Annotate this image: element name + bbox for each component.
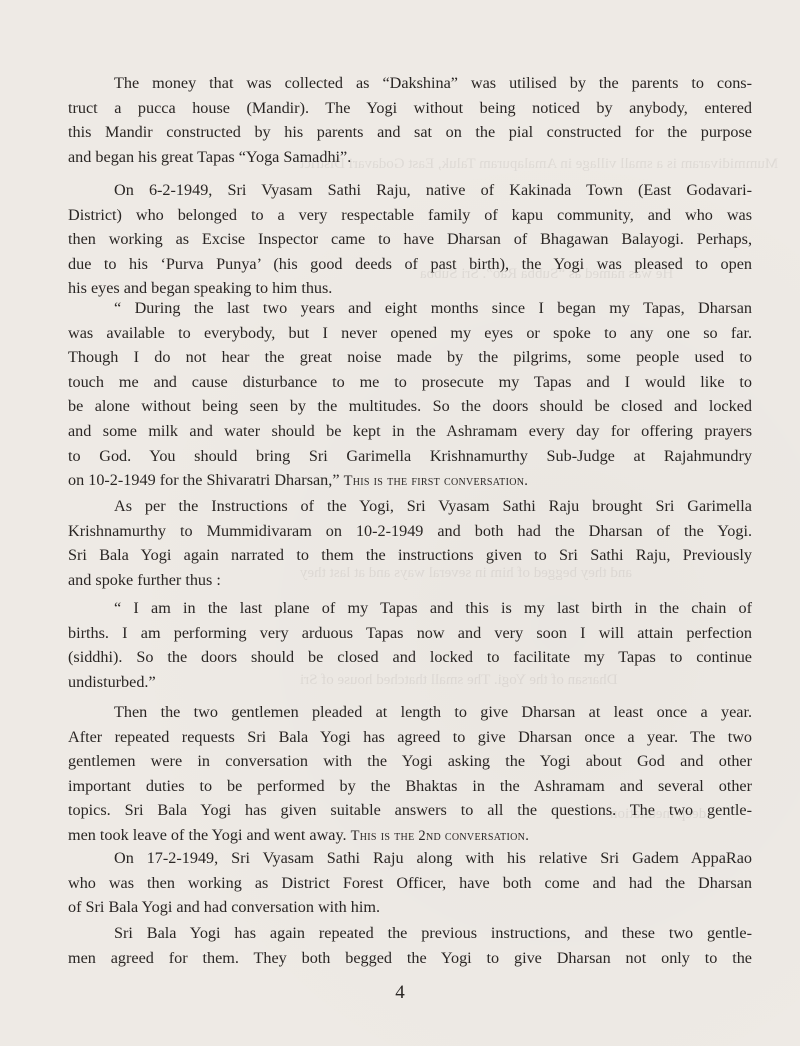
text-line: On 6-2-1949, Sri Vyasam Sathi Raju, nati…: [68, 178, 752, 203]
text-line: and began his great Tapas “Yoga Samadhi”…: [68, 145, 752, 170]
paragraph-repeated-instructions: Sri Bala Yogi has again repeated the pre…: [68, 921, 752, 970]
text-line: District) who belonged to a very respect…: [68, 203, 752, 228]
text-line: On 17-2-1949, Sri Vyasam Sathi Raju alon…: [68, 846, 752, 871]
text-line: “ During the last two years and eight mo…: [68, 296, 752, 321]
text-line: births. I am performing very arduous Tap…: [68, 621, 752, 646]
paragraph-appa-rao-visit: On 17-2-1949, Sri Vyasam Sathi Raju alon…: [68, 846, 752, 920]
text-line: on 10-2-1949 for the Shivaratri Dharsan,…: [68, 468, 752, 494]
text-line: men took leave of the Yogi and went away…: [68, 823, 752, 849]
text-line: due to his ‘Purva Punya’ (his good deeds…: [68, 252, 752, 277]
text-line: men agreed for them. They both begged th…: [68, 946, 752, 971]
text-line: topics. Sri Bala Yogi has given suitable…: [68, 798, 752, 823]
text-line: As per the Instructions of the Yogi, Sri…: [68, 494, 752, 519]
page-number: 4: [0, 982, 800, 1004]
text-line: Krishnamurthy to Mummidivaram on 10-2-19…: [68, 519, 752, 544]
scanned-page: Mummidivaram is a small village in Amala…: [0, 0, 800, 1046]
text-fragment: men took leave of the Yogi and went away…: [68, 826, 351, 844]
paragraph-second-conversation: Then the two gentlemen pleaded at length…: [68, 700, 752, 849]
text-line: and spoke further thus :: [68, 568, 752, 593]
text-line: this Mandir constructed by his parents a…: [68, 120, 752, 145]
text-line: undisturbed.”: [68, 670, 752, 695]
text-line: Sri Bala Yogi again narrated to them the…: [68, 543, 752, 568]
text-line: to God. You should bring Sri Garimella K…: [68, 444, 752, 469]
conversation-marker: This is the first conversation.: [344, 473, 529, 489]
text-line: important duties to be performed by the …: [68, 774, 752, 799]
text-line: then working as Excise Inspector came to…: [68, 227, 752, 252]
paragraph-garimella-visit: As per the Instructions of the Yogi, Sri…: [68, 494, 752, 592]
text-line: After repeated requests Sri Bala Yogi ha…: [68, 725, 752, 750]
text-line: Then the two gentlemen pleaded at length…: [68, 700, 752, 725]
paragraph-dakshina: The money that was collected as “Dakshin…: [68, 71, 752, 169]
text-line: The money that was collected as “Dakshin…: [68, 71, 752, 96]
text-line: Sri Bala Yogi has again repeated the pre…: [68, 921, 752, 946]
conversation-marker: This is the 2nd conversation.: [351, 828, 530, 844]
text-fragment: on 10-2-1949 for the Shivaratri Dharsan,…: [68, 471, 344, 489]
text-line: who was then working as District Forest …: [68, 871, 752, 896]
paragraph-sathi-raju-visit: On 6-2-1949, Sri Vyasam Sathi Raju, nati…: [68, 178, 752, 301]
text-line: “ I am in the last plane of my Tapas and…: [68, 596, 752, 621]
text-line: of Sri Bala Yogi and had conversation wi…: [68, 895, 752, 920]
text-line: touch me and cause disturbance to me to …: [68, 370, 752, 395]
paragraph-first-conversation: “ During the last two years and eight mo…: [68, 296, 752, 494]
text-line: gentlemen were in conversation with the …: [68, 749, 752, 774]
paragraph-last-birth-quote: “ I am in the last plane of my Tapas and…: [68, 596, 752, 694]
text-line: was available to everybody, but I never …: [68, 321, 752, 346]
text-line: truct a pucca house (Mandir). The Yogi w…: [68, 96, 752, 121]
text-line: (siddhi). So the doors should be closed …: [68, 645, 752, 670]
text-line: Though I do not hear the great noise mad…: [68, 345, 752, 370]
text-line: be alone without being seen by the multi…: [68, 394, 752, 419]
text-line: and some milk and water should be kept i…: [68, 419, 752, 444]
